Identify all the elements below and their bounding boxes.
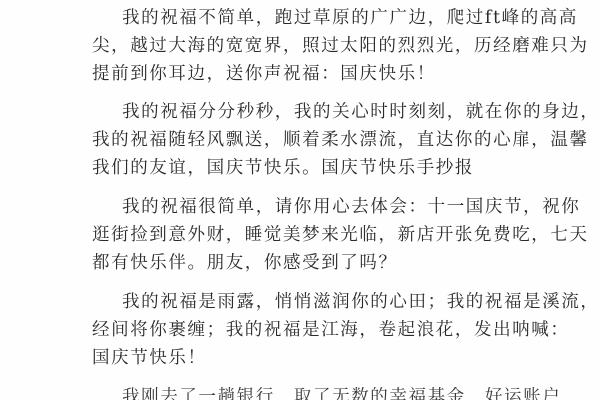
document-page: 我的祝福不简单，跑过草原的广广边，爬过ft峰的高高 尖，越过大海的宽宽界，照过太…	[0, 0, 600, 400]
paragraph-1-line-2: 尖，越过大海的宽宽界，照过太阳的烈烈光，历经磨难只为	[92, 35, 589, 57]
paragraph-4-line-2: 经间将你裹缠；我的祝福是江海，卷起浪花，发出呐喊：	[92, 319, 570, 341]
paragraph-3-line-3: 都有快乐伴。朋友，你感受到了吗？	[92, 252, 398, 274]
paragraph-3-line-1: 我的祝福很简单，请你用心去体会：十一国庆节，祝你	[122, 196, 580, 218]
paragraph-4-line-1: 我的祝福是雨露，悄悄滋润你的心田；我的祝福是溪流， 不	[122, 291, 600, 313]
paragraph-2-line-1: 我的祝福分分秒秒，我的关心时时刻刻，就在你的身边， 愿	[122, 101, 600, 123]
paragraph-4-line-3: 国庆节快乐！	[92, 347, 207, 369]
paragraph-2-line-2: 我的祝福随轻风飘送，顺着柔水漂流，直达你的心扉，温馨	[92, 129, 589, 151]
paragraph-2-line-3: 我们的友谊，国庆节快乐。国庆节快乐手抄报	[92, 157, 474, 179]
paragraph-1-line-1: 我的祝福不简单，跑过草原的广广边，爬过ft峰的高高	[122, 7, 578, 29]
paragraph-3-line-2: 逛街捡到意外财，睡觉美梦来光临，新店开张免费吃，七天	[92, 224, 589, 246]
paragraph-5-line-1: 我刚去了一趟银行，取了无数的幸福基金，好运账户	[122, 386, 561, 400]
paragraph-1-line-3: 提前到你耳边，送你声祝福：国庆快乐！	[92, 63, 436, 85]
